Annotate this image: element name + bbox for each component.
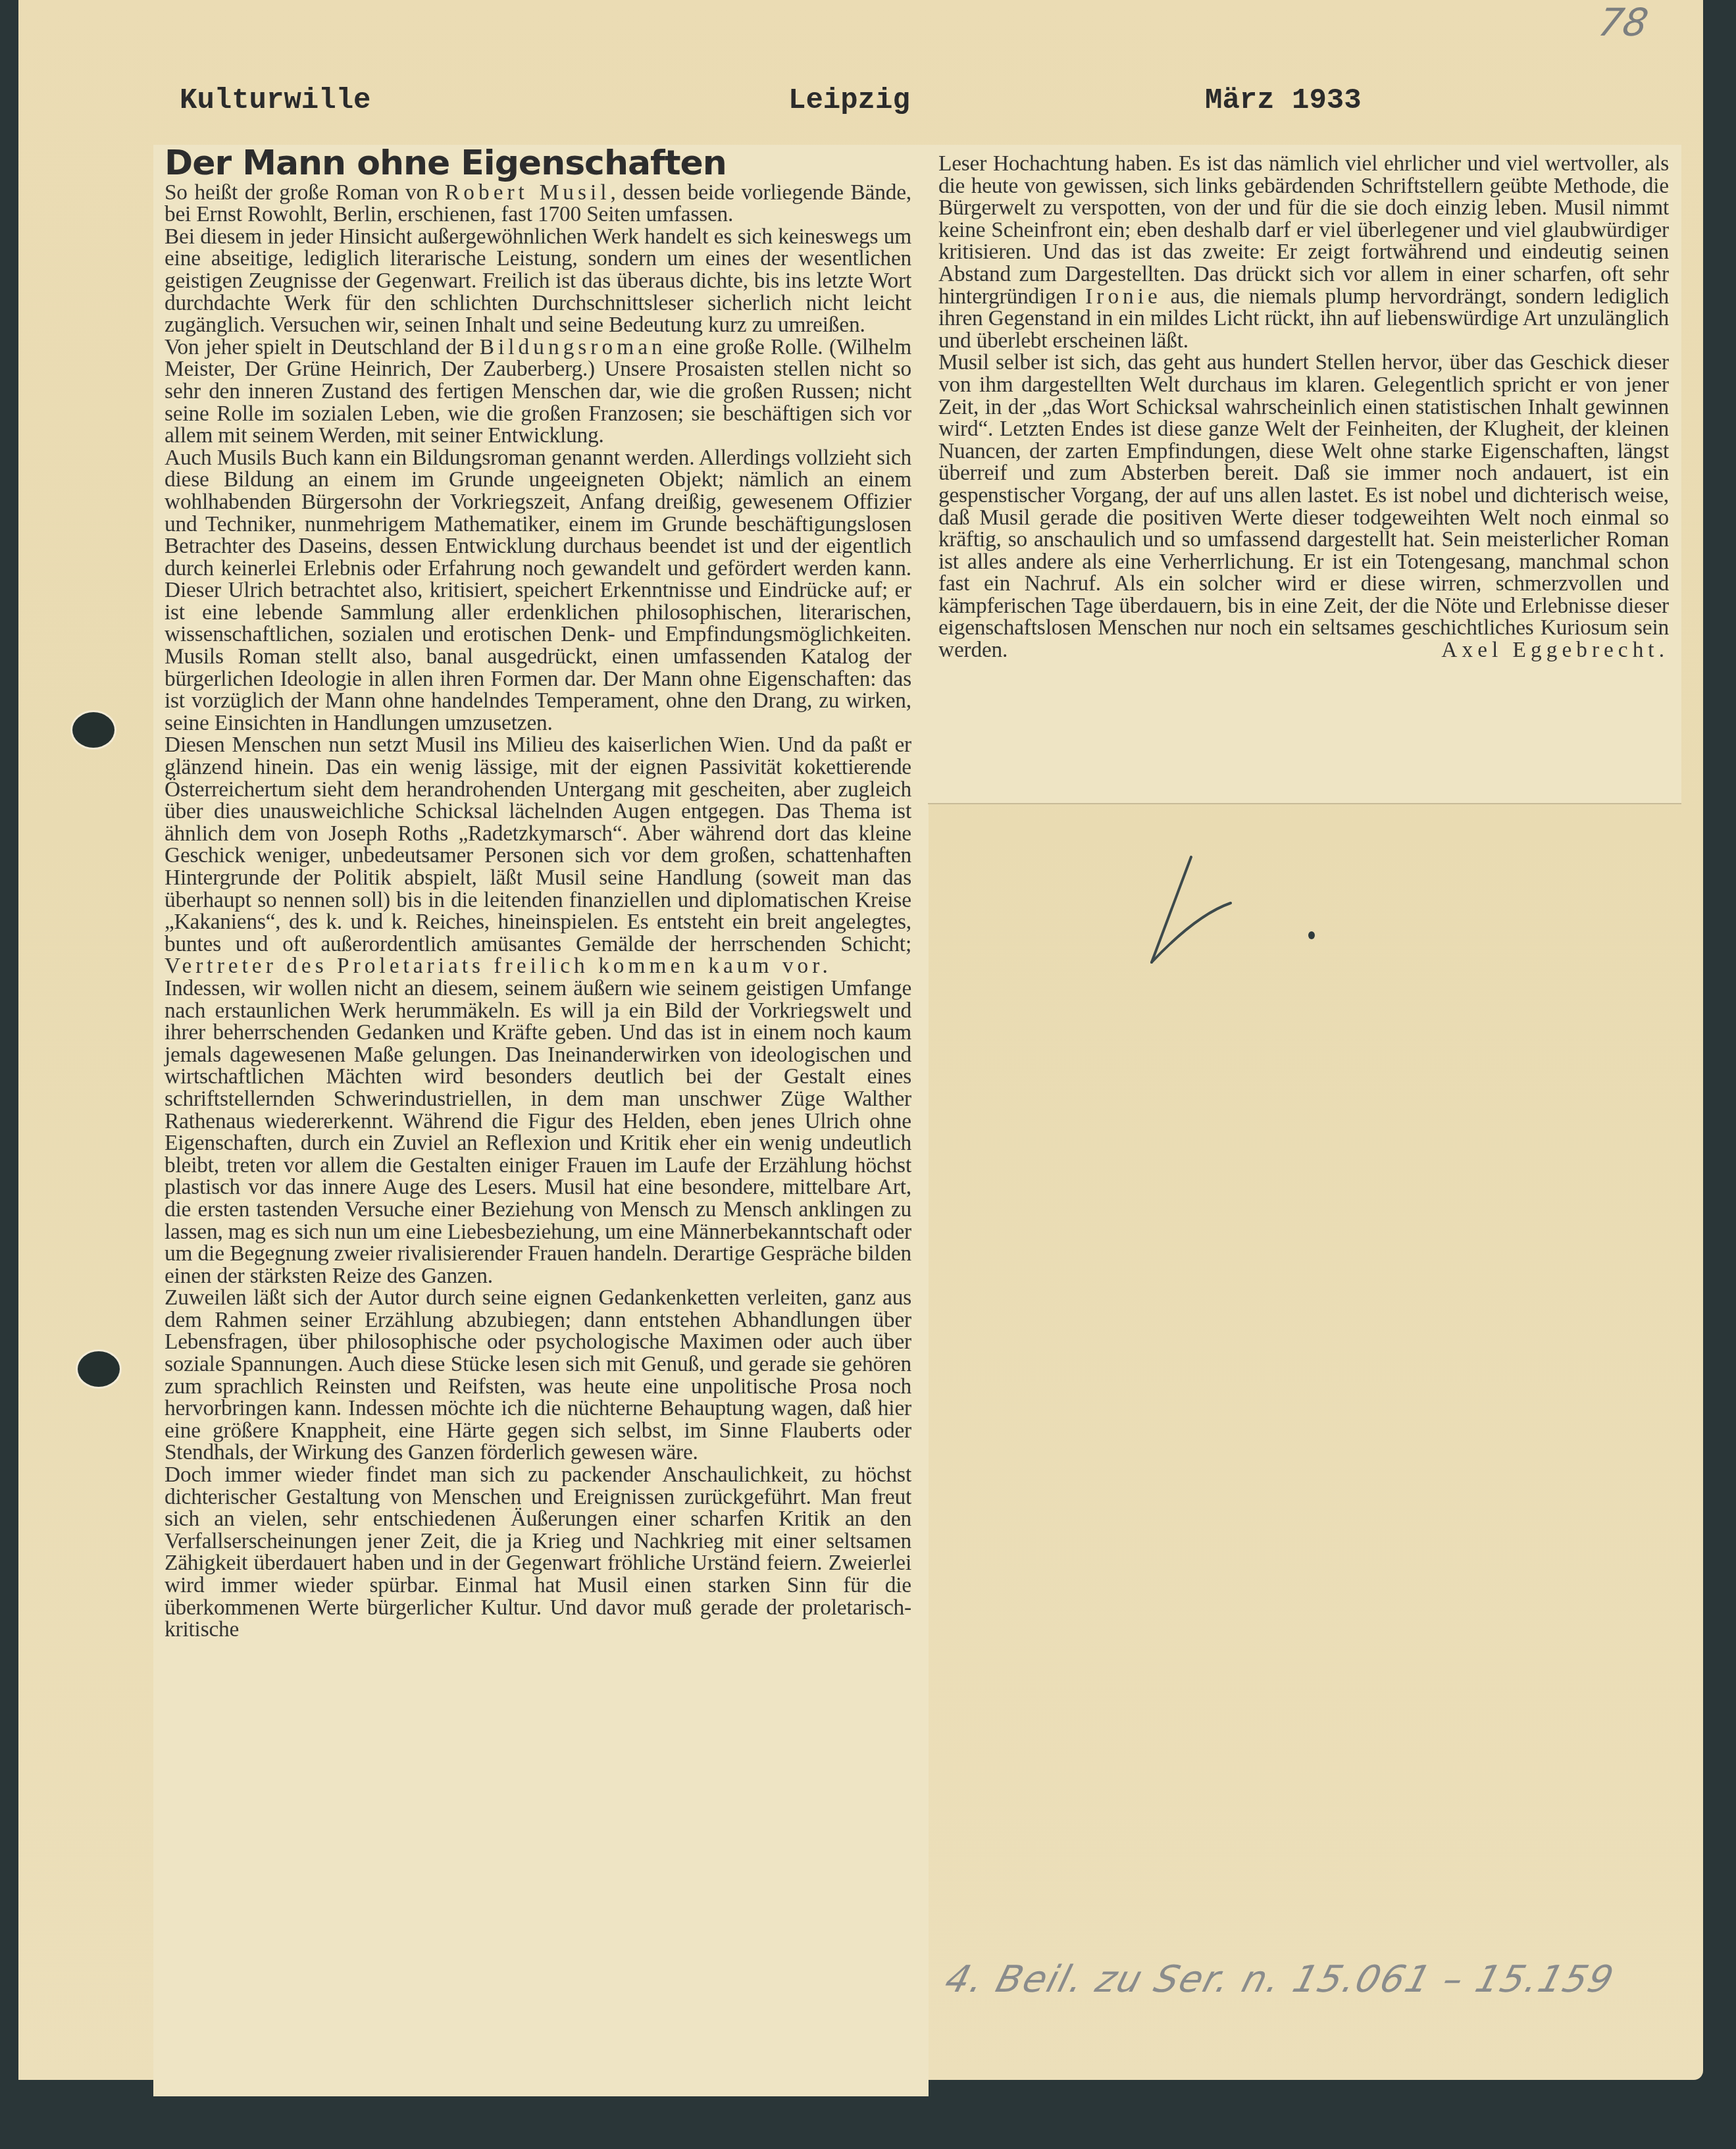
page-number: 78 [1595, 0, 1652, 45]
paragraph-text: Bei diesem in jeder Hinsicht außergewöhn… [165, 224, 911, 337]
article-paragraph: Bei diesem in jeder Hinsicht außergewöhn… [165, 226, 911, 336]
emphasized-text: Vertreter des Proletariats freilich komm… [165, 954, 832, 978]
left-column-body: So heißt der große Roman von Robert Musi… [165, 182, 911, 1641]
article-left-column: Der Mann ohne Eigenschaften So heißt der… [165, 153, 911, 1641]
article-paragraph: Auch Musils Buch kann ein Bildungsroman … [165, 447, 911, 735]
paragraph-text: So heißt der große Roman von [165, 180, 445, 205]
punch-hole-icon [78, 1351, 120, 1387]
article-paragraph: Indessen, wir wollen nicht an diesem, se… [165, 977, 911, 1287]
article-paragraph: Doch immer wieder findet man sich zu pac… [165, 1464, 911, 1641]
archive-reference-note: 4. Beil. zu Ser. n. 15.061 – 15.159 [940, 1958, 1619, 2001]
paragraph-text: Von jeher spielt in Deutschland der [165, 335, 480, 359]
paragraph-text: Doch immer wieder findet man sich zu pac… [165, 1463, 911, 1642]
paragraph-text: Zuweilen läßt sich der Autor durch seine… [165, 1285, 911, 1464]
article-paragraph: Musil selber ist sich, das geht aus hund… [938, 351, 1669, 661]
check-mark-icon [1150, 856, 1321, 974]
emphasized-text: Bildungsroman [480, 335, 667, 359]
paragraph-text: Diesen Menschen nun setzt Musil ins Mili… [165, 733, 911, 956]
publication-date: März 1933 [1205, 84, 1362, 117]
author-signature: Axel Eggebrecht. [1441, 639, 1669, 661]
article-right-column: Leser Hochachtung haben. Es ist das näml… [938, 153, 1669, 661]
article-paragraph: Diesen Menschen nun setzt Musil ins Mili… [165, 734, 911, 977]
article-title: Der Mann ohne Eigenschaften [165, 153, 911, 175]
paragraph-text: Auch Musils Buch kann ein Bildungsroman … [165, 446, 911, 735]
article-paragraph: Zuweilen läßt sich der Autor durch seine… [165, 1287, 911, 1464]
article-paragraph: Von jeher spielt in Deutschland der Bild… [165, 336, 911, 447]
article-paragraph: Leser Hochachtung haben. Es ist das näml… [938, 153, 1669, 351]
publication-name: Kulturwille [180, 84, 370, 117]
paragraph-text: Indessen, wir wollen nicht an diesem, se… [165, 976, 911, 1288]
article-paragraph: So heißt der große Roman von Robert Musi… [165, 182, 911, 226]
right-column-body: Leser Hochachtung haben. Es ist das näml… [938, 153, 1669, 661]
archive-sheet: 78 Kulturwille Leipzig März 1933 Der Man… [18, 0, 1703, 2080]
paragraph-text: Musil selber ist sich, das geht aus hund… [938, 350, 1669, 662]
publication-city: Leipzig [788, 84, 910, 117]
punch-hole-icon [72, 712, 115, 748]
emphasized-text: Robert Musil [445, 180, 611, 205]
emphasized-text: Ironie [1085, 284, 1162, 309]
